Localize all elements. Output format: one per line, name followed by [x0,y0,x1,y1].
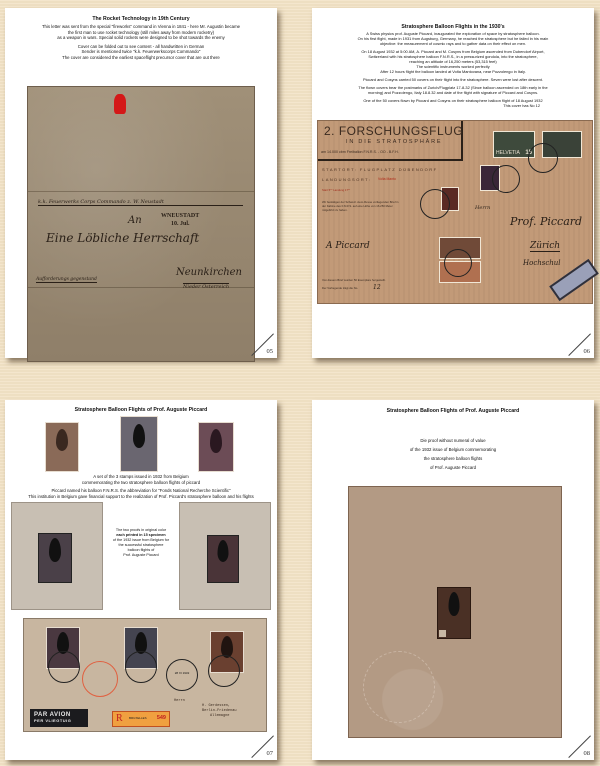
embossed-seal [363,651,435,723]
red-wax-seal [114,94,126,114]
album-page-07: Stratosphere Balloon Flights of Prof. Au… [5,400,277,760]
address-an: An [128,215,142,226]
postmark-bruxelles: 28 XI 1932 [166,659,198,691]
die-proof-stamp [437,587,471,639]
page-number: 05 [252,334,274,356]
stamp-grey [120,416,158,472]
postmark-date: 10. Jul. [171,221,190,227]
cover-number-note: This cover has No 12 [316,103,590,108]
proof-card-left [11,502,103,610]
page-description: A Swiss physics prof. Auguste Piccard, i… [316,31,590,108]
envelope-header: 2. FORSCHUNGSFLUG IN DIE STRATOSPHÄRE am… [318,121,463,161]
page-title: The Rocket Technology in 19th Century [5,16,277,22]
registered-airmail-cover: 28 XI 1932 PAR AVION PER VLIEGTUIG R BRU… [23,618,267,732]
proof-card-right [179,502,271,610]
album-page-08: Stratosphere Balloon Flights of Prof. Au… [312,400,594,760]
postmark-zurich [528,143,558,173]
page-number: 08 [569,736,591,758]
page-title: Stratosphere Balloon Flights of Prof. Au… [312,408,594,414]
page-title: Stratosphere Balloon Flights of Prof. Au… [5,407,277,413]
folded-letter-1841: k.k. Feuerwerks Corps Commando z. W. Neu… [27,86,255,362]
address-destination: Neunkirchen [176,267,242,278]
album-page-05: The Rocket Technology in 19th Century Th… [5,8,277,358]
proofs-caption: The two proofs in original color each pr… [101,528,181,558]
flown-stratosphere-cover: 2. FORSCHUNGSFLUG IN DIE STRATOSPHÄRE am… [317,120,593,304]
serial-number: 12 [373,284,381,291]
address-region: Nieder Österreich [183,283,229,290]
red-flight-cachet [82,661,118,697]
stamp-brown [45,422,79,472]
address-recipient: Eine Löbliche Herrschaft [46,231,199,245]
page-description: Die proof without numeral of value of th… [316,436,590,472]
postmark-town: WNEUSTADT [161,213,199,219]
page-number: 06 [569,334,591,356]
par-avion-label: PAR AVION PER VLIEGTUIG [30,709,88,727]
sender-line: k.k. Feuerwerks Corps Commando z. W. Neu… [38,199,243,206]
postmark-pozzolengo [444,249,472,277]
left-annotation: Aufforderungs gegenstand [36,277,97,283]
album-page-06: Stratosphere Balloon Flights in the 1930… [312,8,594,358]
registration-label: R BRUXELLES 549 [112,711,170,727]
die-proof-sheet [348,486,562,738]
stamps-caption: A set of the 3 stamps issued in 1932 fro… [9,474,273,499]
page-number: 07 [252,736,274,758]
signature: A Piccard [326,241,370,251]
page-description: This letter was sent from the special "f… [9,24,273,61]
page-title: Stratosphere Balloon Flights in the 1930… [312,24,594,30]
stamp-purple [198,422,234,472]
recipient-address: Herrn H. Gerdessen, Berlin-Friedenau All… [174,699,237,719]
